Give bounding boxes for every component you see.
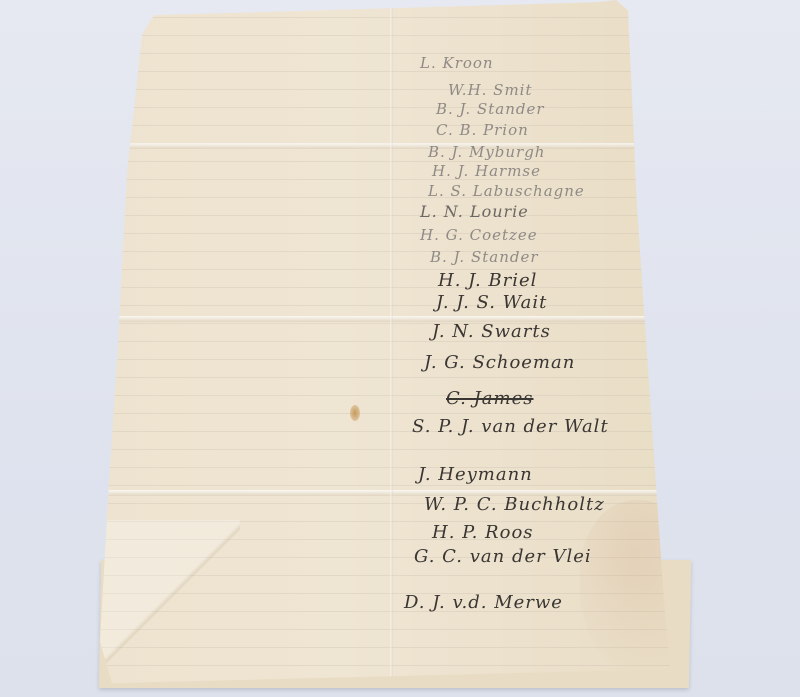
photo-scene: L. Kroon W.H. Smit B. J. Stander C. B. P… xyxy=(0,0,800,697)
signature: L. Kroon xyxy=(420,54,494,72)
signature: W.H. Smit xyxy=(448,81,533,99)
signature: H. J. Briel xyxy=(438,270,537,291)
signature: D. J. v.d. Merwe xyxy=(404,592,563,613)
signature: H. P. Roos xyxy=(432,522,534,543)
signature: J. G. Schoeman xyxy=(424,352,575,373)
signature: B. J. Myburgh xyxy=(428,143,545,161)
signature: H. J. Harmse xyxy=(432,162,541,180)
signature: J. Heymann xyxy=(418,464,533,485)
signature: B. J. Stander xyxy=(430,248,539,266)
signature-struck: C. James xyxy=(446,388,533,409)
signature: B. J. Stander xyxy=(436,100,545,118)
signature: J. N. Swarts xyxy=(432,321,551,342)
signature: C. B. Prion xyxy=(436,121,529,139)
signature: L. S. Labuschagne xyxy=(428,182,585,200)
signature: G. C. van der Vlei xyxy=(414,546,592,567)
signature: W. P. C. Buchholtz xyxy=(424,494,605,515)
signature-list: L. Kroon W.H. Smit B. J. Stander C. B. P… xyxy=(0,0,800,697)
signature: H. G. Coetzee xyxy=(420,226,538,244)
signature: J. J. S. Wait xyxy=(436,292,547,313)
signature: S. P. J. van der Walt xyxy=(412,416,609,437)
signature: L. N. Lourie xyxy=(420,202,529,221)
